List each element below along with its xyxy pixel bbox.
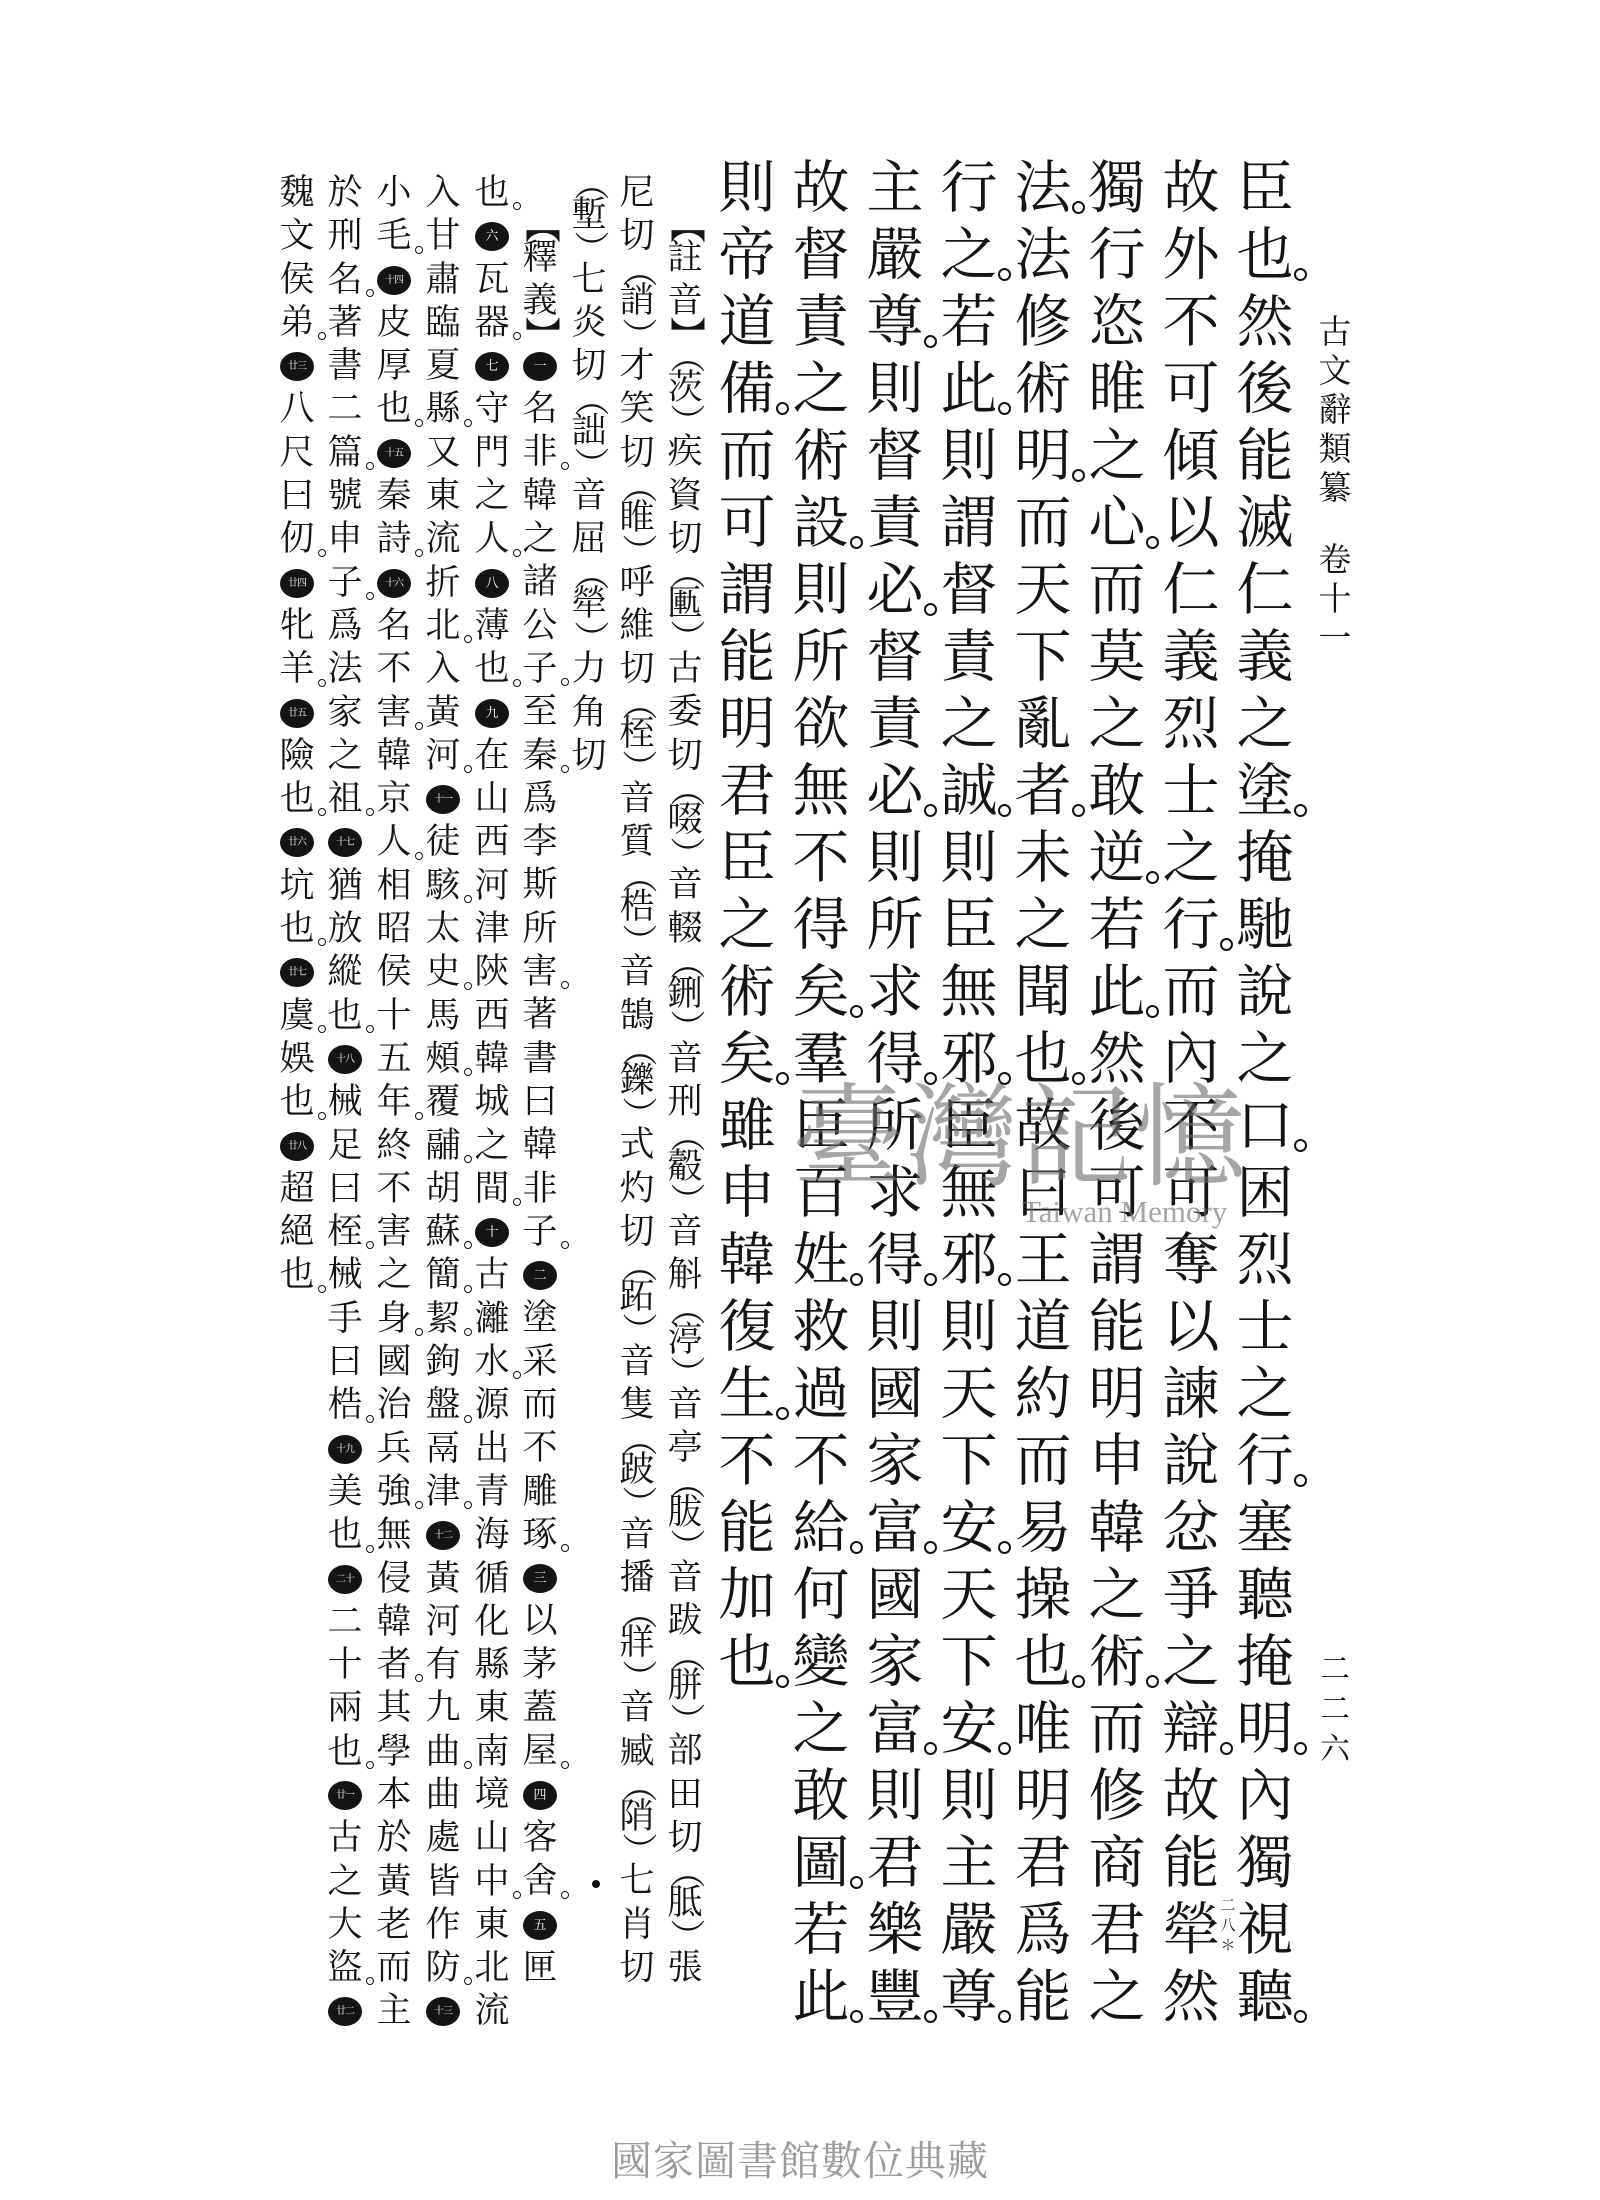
glyph: 何 xyxy=(791,1562,851,1629)
glyph: 身 xyxy=(374,1298,414,1341)
glyph: 安 xyxy=(939,1495,999,1562)
glyph: 京 xyxy=(374,778,414,821)
glyph: 梏 xyxy=(325,1384,365,1427)
glyph: 侵 xyxy=(374,1558,414,1601)
punctuation-circle xyxy=(998,1541,1011,1554)
glyph: 客 xyxy=(520,1817,560,1860)
glyph: 天 xyxy=(939,1361,999,1428)
glyph: 未 xyxy=(1013,825,1073,892)
glyph: 子 xyxy=(520,648,560,691)
glyph: 塗 xyxy=(520,1297,560,1340)
punctuation-circle xyxy=(464,635,472,643)
bracket: （ xyxy=(569,172,609,194)
glyph: 內 xyxy=(1235,1763,1295,1830)
note-number-badge: 十一 xyxy=(423,778,463,821)
glyph: 之 xyxy=(1161,1629,1221,1696)
glyph: 曰 xyxy=(277,475,317,518)
punctuation-circle xyxy=(464,419,472,427)
punctuation-circle xyxy=(924,804,937,817)
glyph: 西 xyxy=(472,821,512,864)
glyph: 主 xyxy=(865,155,925,222)
ink-dot xyxy=(592,1880,600,1888)
glyph: 二 xyxy=(1317,1650,1353,1690)
note-number-badge: 十六 xyxy=(374,562,414,605)
glyph: 笑 xyxy=(617,388,657,431)
glyph: 之 xyxy=(1087,1562,1147,1629)
note-number-badge: 十五 xyxy=(374,432,414,475)
glyph: 申 xyxy=(1087,1428,1147,1495)
bracket: ） xyxy=(665,1925,705,1947)
glyph: 敢 xyxy=(791,1763,851,1830)
glyph: 采 xyxy=(520,1341,560,1384)
bracket: ） xyxy=(665,1535,705,1557)
glyph: 茅 xyxy=(520,1644,560,1687)
glyph: 之 xyxy=(1087,691,1147,758)
punctuation-circle xyxy=(366,808,374,816)
punctuation-circle xyxy=(850,1541,863,1554)
punctuation-circle xyxy=(924,603,937,616)
punctuation-circle xyxy=(924,2010,937,2023)
glyph: 薄 xyxy=(472,605,512,648)
glyph: 之 xyxy=(472,475,512,518)
glyph: 爲 xyxy=(1013,1897,1073,1964)
bracket: （ xyxy=(617,1254,657,1276)
glyph: 門 xyxy=(472,432,512,475)
glyph: 駭 xyxy=(423,865,463,908)
glyph: 滅 xyxy=(1235,490,1295,557)
punctuation-circle xyxy=(1072,201,1085,214)
note-number-badge: 六 xyxy=(472,215,512,258)
glyph: 以 xyxy=(1161,1294,1221,1361)
bracket: （ xyxy=(569,562,609,584)
glyph: 韓 xyxy=(1087,1495,1147,1562)
glyph: 聽 xyxy=(1235,1964,1295,2031)
punctuation-circle xyxy=(561,765,569,773)
main-text-column: 則帝道備而可謂能明君臣之術矣雖申韓復生不能加也 xyxy=(717,155,777,1696)
glyph: 能 xyxy=(1087,1294,1147,1361)
glyph: 以 xyxy=(520,1600,560,1643)
glyph: 申 xyxy=(325,518,365,561)
glyph: 皮 xyxy=(374,302,414,345)
glyph: 義 xyxy=(1161,624,1221,691)
punctuation-circle xyxy=(464,1285,472,1293)
scanned-page: 古文辭類纂 卷十一 二二六 臣也然後能滅仁義之塗掩馳說之口困烈士之行塞聽掩明內獨… xyxy=(0,0,1600,2200)
bracket: ） xyxy=(569,627,609,649)
note-number-badge: 十七 xyxy=(325,821,365,864)
glyph: 家 xyxy=(865,1629,925,1696)
glyph: 則 xyxy=(865,356,925,423)
punctuation-circle xyxy=(1146,1005,1159,1018)
punctuation-circle xyxy=(366,592,374,600)
punctuation-circle xyxy=(1146,536,1159,549)
glyph: 於 xyxy=(374,1817,414,1860)
glyph: 復 xyxy=(717,1294,777,1361)
punctuation-circle xyxy=(561,462,569,470)
definition-section-label: 【釋義】 xyxy=(520,215,560,345)
glyph: 音 xyxy=(617,778,657,821)
glyph: 甘 xyxy=(423,215,463,258)
definition-note-column: 【釋義】 一名非韓之諸公子至秦爲李斯所害著書曰韓非子二塗采而不雕琢三以茅蓋屋四客… xyxy=(520,172,560,1990)
glyph: 之 xyxy=(939,222,999,289)
glyph: 縣 xyxy=(472,1644,512,1687)
bracket: （ xyxy=(665,561,705,583)
glyph: 守 xyxy=(472,388,512,431)
glyph: 則 xyxy=(717,155,777,222)
glyph: 也 xyxy=(717,1629,777,1696)
punctuation-circle xyxy=(561,1891,569,1899)
glyph: 能 xyxy=(1235,423,1295,490)
punctuation-circle xyxy=(1294,2010,1307,2023)
punctuation-circle xyxy=(415,852,423,860)
pronunciation-note-line: （茨）疾資切（匭）古委切（啜）音輟（鉶）音刑（觳）音斛（渟）音亭（胈）音跋（胼）… xyxy=(665,345,705,1990)
glyph: 聽 xyxy=(1235,1562,1295,1629)
punctuation-circle xyxy=(464,1501,472,1509)
glyph: 行 xyxy=(1161,892,1221,959)
glyph: 中 xyxy=(472,1861,512,1904)
glyph: 河 xyxy=(472,865,512,908)
glyph: 古 xyxy=(325,1817,365,1860)
glyph: 之 xyxy=(939,691,999,758)
glyph: 矣 xyxy=(717,1026,777,1093)
glyph: 非 xyxy=(520,1168,560,1211)
glyph: 牝 xyxy=(277,605,317,648)
glyph: 而 xyxy=(717,423,777,490)
definition-note-column: 於刑名著書二篇號申子爲法家之祖十七猶放縱也十八械足曰桎械手曰梏十九美也二十二十兩… xyxy=(325,172,365,2034)
glyph: 折 xyxy=(423,562,463,605)
glyph: 夏 xyxy=(423,345,463,388)
bracket: ） xyxy=(665,410,705,432)
glyph: 不 xyxy=(374,1168,414,1211)
glyph: 行 xyxy=(1235,1428,1295,1495)
glyph: 可 xyxy=(1161,356,1221,423)
glyph: 李 xyxy=(520,821,560,864)
punctuation-circle xyxy=(561,678,569,686)
glyph: 敢 xyxy=(1087,758,1147,825)
glyph: 纂 xyxy=(1317,468,1353,507)
glyph: 黃 xyxy=(423,692,463,735)
note-number-badge: 廿二 xyxy=(325,1990,365,2033)
glyph: 學 xyxy=(374,1731,414,1774)
bracket: ） xyxy=(617,1319,657,1341)
glyph: 械 xyxy=(325,1081,365,1124)
running-header: 古文辭類纂 xyxy=(1317,312,1353,507)
glyph: 若 xyxy=(791,1897,851,1964)
bracket: ） xyxy=(569,237,609,259)
glyph: 有 xyxy=(423,1644,463,1687)
glyph: 君 xyxy=(1087,1897,1147,1964)
glyph: 書 xyxy=(325,345,365,388)
glyph: 之 xyxy=(717,892,777,959)
glyph: 謂 xyxy=(939,490,999,557)
glyph: 七 xyxy=(617,1860,657,1903)
glyph: 國 xyxy=(865,1562,925,1629)
pronunciation-note-column: 【註音】 （茨）疾資切（匭）古委切（啜）音輟（鉶）音刑（觳）音斛（渟）音亭（胈）… xyxy=(665,172,705,1990)
glyph: 之 xyxy=(520,518,560,561)
punctuation-circle xyxy=(366,1415,374,1423)
glyph: 兵 xyxy=(374,1428,414,1471)
glyph: 之 xyxy=(1013,892,1073,959)
glyph: 君 xyxy=(1013,1830,1073,1897)
glyph: 行 xyxy=(1087,222,1147,289)
definition-note-column: 入甘肅臨夏縣又東流折北入黃河十一徒駭太史馬頰覆鬴胡蘇簡絜鉤盤鬲津十二黃河有九曲曲… xyxy=(423,172,463,2034)
punctuation-circle xyxy=(850,1876,863,1889)
glyph: 也 xyxy=(277,1081,317,1124)
glyph: 恣 xyxy=(1087,289,1147,356)
glyph: 不 xyxy=(374,648,414,691)
punctuation-circle xyxy=(464,765,472,773)
bracket: ） xyxy=(665,843,705,865)
glyph: 足 xyxy=(325,1125,365,1168)
punctuation-circle xyxy=(1072,1675,1085,1688)
glyph: 而 xyxy=(1087,557,1147,624)
punctuation-circle xyxy=(464,1068,472,1076)
glyph: 莫 xyxy=(1087,624,1147,691)
punctuation-circle xyxy=(318,1112,326,1120)
definition-note-column: 小毛十四皮厚也十五秦詩十六名不害韓京人相昭侯十五年終不害之身國治兵強無侵韓者其學… xyxy=(374,172,414,2034)
glyph: 術 xyxy=(1087,1629,1147,1696)
glyph: 明 xyxy=(1087,1361,1147,1428)
bracket: （ xyxy=(665,1644,705,1666)
glyph: 覆 xyxy=(423,1081,463,1124)
glyph: 君 xyxy=(865,1830,925,1897)
glyph: 烈 xyxy=(1235,1227,1295,1294)
pronunciation-note-line: （塹）七炎切（詘）音屈（犖）力角切 xyxy=(569,172,609,778)
glyph: 求 xyxy=(865,959,925,1026)
glyph: 源 xyxy=(472,1384,512,1427)
glyph: 商 xyxy=(1087,1830,1147,1897)
glyph: 水 xyxy=(472,1341,512,1384)
glyph: 屋 xyxy=(520,1730,560,1773)
punctuation-circle xyxy=(415,1501,423,1509)
glyph: 名 xyxy=(520,388,560,431)
glyph: 音 xyxy=(569,475,609,518)
glyph: 仁 xyxy=(1161,557,1221,624)
glyph: 註 xyxy=(665,237,705,280)
punctuation-circle xyxy=(464,1415,472,1423)
glyph: 害 xyxy=(374,1211,414,1254)
bracket: （ xyxy=(617,259,657,281)
glyph: 南 xyxy=(472,1731,512,1774)
punctuation-circle xyxy=(1294,804,1307,817)
punctuation-circle xyxy=(1146,1675,1159,1688)
glyph: 坑 xyxy=(277,865,317,908)
glyph: 超 xyxy=(277,1168,317,1211)
glyph: 祖 xyxy=(325,778,365,821)
glyph: 說 xyxy=(1235,959,1295,1026)
glyph: 可 xyxy=(717,490,777,557)
glyph: 韓 xyxy=(472,1038,512,1081)
glyph: 太 xyxy=(423,908,463,951)
glyph: 諸 xyxy=(520,561,560,604)
bracket: （ xyxy=(617,1038,657,1060)
glyph: 之 xyxy=(791,356,851,423)
glyph: 出 xyxy=(472,1428,512,1471)
glyph: 修 xyxy=(1013,289,1073,356)
glyph: 術 xyxy=(1013,356,1073,423)
glyph: 音 xyxy=(617,1514,657,1557)
punctuation-circle xyxy=(464,1328,472,1336)
glyph: 津 xyxy=(423,1471,463,1514)
glyph: 放 xyxy=(325,908,365,951)
glyph: 富 xyxy=(865,1495,925,1562)
glyph: 仁 xyxy=(1235,557,1295,624)
glyph: 道 xyxy=(717,289,777,356)
bracket: ） xyxy=(617,324,657,346)
glyph: 終 xyxy=(374,1125,414,1168)
page-number: 二二六 xyxy=(1317,1650,1353,1770)
glyph: 小 xyxy=(374,172,414,215)
glyph: 資 xyxy=(665,475,705,518)
glyph: 臣 xyxy=(1235,155,1295,222)
punctuation-circle xyxy=(924,1541,937,1554)
note-number-badge: 廿三 xyxy=(277,345,317,388)
glyph: 虞 xyxy=(277,995,317,1038)
glyph: 誠 xyxy=(939,758,999,825)
glyph: 匣 xyxy=(520,1947,560,1990)
glyph: 下 xyxy=(939,1428,999,1495)
punctuation-circle xyxy=(366,1977,374,1985)
punctuation-circle xyxy=(415,419,423,427)
glyph: 不 xyxy=(791,1428,851,1495)
glyph: 二 xyxy=(1317,1690,1353,1730)
glyph: 得 xyxy=(865,1227,925,1294)
glyph: 文 xyxy=(277,215,317,258)
pronunciation-note-line: 尼切（誚）才笑切（睢）呼維切（桎）音質（梏）音鵠（鑠）式灼切（跖）音隻（跛）音播… xyxy=(617,172,657,1990)
glyph: 子 xyxy=(520,1211,560,1254)
glyph: 獨 xyxy=(1235,1830,1295,1897)
volume-label-column: 卷十一 xyxy=(1317,540,1353,657)
punctuation-circle xyxy=(513,679,521,687)
glyph: 曰 xyxy=(325,1168,365,1211)
glyph: 非 xyxy=(520,431,560,474)
glyph: 陝 xyxy=(472,951,512,994)
glyph: 馬 xyxy=(423,995,463,1038)
glyph: 犖 xyxy=(1161,1897,1221,1964)
glyph: 能 xyxy=(1161,1830,1221,1897)
glyph: 辯 xyxy=(1161,1696,1221,1763)
glyph: 著 xyxy=(520,994,560,1037)
glyph: 也 xyxy=(277,908,317,951)
glyph: 然 xyxy=(1235,289,1295,356)
punctuation-circle xyxy=(464,895,472,903)
bracket: ） xyxy=(569,453,609,475)
glyph: 肖 xyxy=(617,1904,657,1947)
glyph: 古 xyxy=(1317,312,1353,351)
bracket: ） xyxy=(665,626,705,648)
note-number-badge: 七 xyxy=(472,345,512,388)
glyph: 此 xyxy=(939,356,999,423)
glyph: 弟 xyxy=(277,302,317,345)
glyph: 其 xyxy=(374,1687,414,1730)
note-number-badge: 廿六 xyxy=(277,821,317,864)
glyph: 爭 xyxy=(1161,1562,1221,1629)
glyph: 厚 xyxy=(374,345,414,388)
punctuation-circle xyxy=(1294,268,1307,281)
glyph: 則 xyxy=(865,1294,925,1361)
bracket: ） xyxy=(665,1709,705,1731)
glyph: 蓋 xyxy=(520,1687,560,1730)
definition-note-line: 於刑名著書二篇號申子爲法家之祖十七猶放縱也十八械足曰桎械手曰梏十九美也二十二十兩… xyxy=(325,172,365,2034)
punctuation-circle xyxy=(998,804,1011,817)
glyph: 治 xyxy=(374,1384,414,1427)
glyph: 能 xyxy=(1013,1964,1073,2031)
glyph: 所 xyxy=(520,908,560,951)
glyph: 械 xyxy=(325,1254,365,1297)
note-number-badge: 一 xyxy=(520,345,560,388)
glyph: 篇 xyxy=(325,432,365,475)
note-number-badge: 三 xyxy=(520,1557,560,1600)
note-number-badge: 廿七 xyxy=(277,951,317,994)
glyph: 簡 xyxy=(423,1254,463,1297)
glyph: 雕 xyxy=(520,1471,560,1514)
punctuation-circle xyxy=(318,679,326,687)
bracket: ） xyxy=(665,1189,705,1211)
glyph: 蘇 xyxy=(423,1211,463,1254)
punctuation-circle xyxy=(415,1674,423,1682)
glyph: 掩 xyxy=(1235,1629,1295,1696)
glyph: 絕 xyxy=(277,1211,317,1254)
glyph: 七 xyxy=(569,259,609,302)
glyph: 美 xyxy=(325,1471,365,1514)
glyph: 能 xyxy=(717,1495,777,1562)
glyph: 東 xyxy=(472,1687,512,1730)
glyph: 帝 xyxy=(717,222,777,289)
glyph: 約 xyxy=(1013,1361,1073,1428)
glyph: 海 xyxy=(472,1514,512,1557)
note-number-badge: 十 xyxy=(472,1211,512,1254)
glyph: 韓 xyxy=(374,1601,414,1644)
glyph: 變 xyxy=(791,1629,851,1696)
glyph: 諫 xyxy=(1161,1361,1221,1428)
glyph: 無 xyxy=(939,959,999,1026)
glyph: 責 xyxy=(791,289,851,356)
glyph: 詩 xyxy=(374,518,414,561)
note-number-badge: 廿一 xyxy=(325,1774,365,1817)
bracket: （ xyxy=(617,1774,657,1796)
glyph: 曲 xyxy=(423,1774,463,1817)
glyph: 八 xyxy=(277,388,317,431)
bracket: （ xyxy=(665,778,705,800)
glyph: 馳 xyxy=(1235,892,1295,959)
glyph: 富 xyxy=(865,1696,925,1763)
glyph: 之 xyxy=(374,1254,414,1297)
glyph: 文 xyxy=(1317,351,1353,390)
glyph: 所 xyxy=(865,892,925,959)
glyph: 若 xyxy=(939,289,999,356)
glyph: 欲 xyxy=(791,691,851,758)
punctuation-circle xyxy=(1072,469,1085,482)
glyph: 六 xyxy=(1317,1730,1353,1770)
glyph: 心 xyxy=(1087,490,1147,557)
glyph: 說 xyxy=(1161,1428,1221,1495)
note-number-badge: 廿五 xyxy=(277,692,317,735)
glyph: 天 xyxy=(1013,557,1073,624)
watermark-english: Taiwan Memory xyxy=(1022,1194,1227,1230)
punctuation-circle xyxy=(1220,1742,1233,1755)
glyph: 責 xyxy=(865,691,925,758)
glyph: 臣 xyxy=(939,892,999,959)
glyph: 之 xyxy=(1161,825,1221,892)
note-number-badge: 十九 xyxy=(325,1428,365,1471)
punctuation-circle xyxy=(1294,1742,1307,1755)
punctuation-circle xyxy=(924,1742,937,1755)
note-number-badge: 九 xyxy=(472,692,512,735)
glyph: 所 xyxy=(791,624,851,691)
glyph: 此 xyxy=(1087,959,1147,1026)
glyph: 古 xyxy=(665,648,705,691)
punctuation-circle xyxy=(561,1241,569,1249)
glyph: 韓 xyxy=(520,1124,560,1167)
